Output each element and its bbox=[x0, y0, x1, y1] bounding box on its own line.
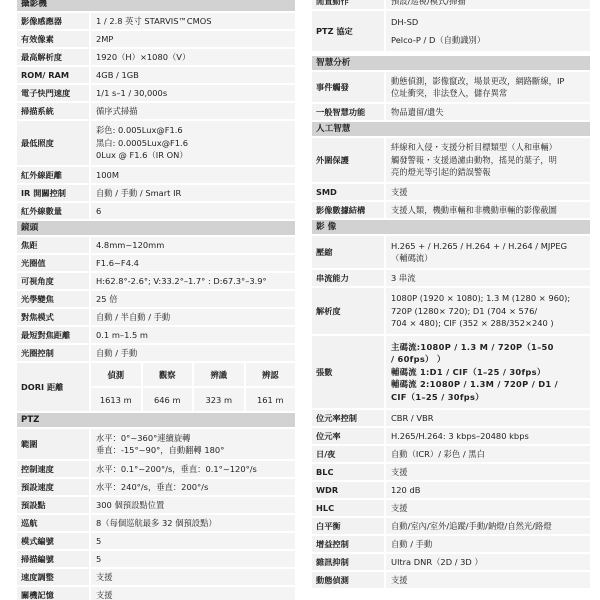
spec-value: 120 dB bbox=[386, 482, 590, 498]
spec-value-line: 自動 / 半自動 / 手動 bbox=[96, 311, 290, 324]
spec-value-line: 輔碼流 1:D1 / CIF（1–25 / 30fps） bbox=[391, 366, 585, 379]
spec-row: 焦距4.8mm~120mm bbox=[17, 237, 295, 253]
spec-key: 可視角度 bbox=[17, 273, 89, 289]
spec-value-line: 自動 / 手動 bbox=[96, 347, 290, 360]
spec-key: 增益控制 bbox=[312, 536, 384, 552]
spec-key: 模式編號 bbox=[17, 533, 89, 549]
spec-value-line: 支援 bbox=[391, 502, 585, 515]
spec-value: 支援 bbox=[91, 569, 295, 585]
spec-value: CBR / VBR bbox=[386, 410, 590, 426]
spec-key: 雜訊抑制 bbox=[312, 554, 384, 570]
spec-row: 事件觸發動態偵測，影像竄改，場景更改，網路斷線，IP位址衝突，非法登入，儲存異常 bbox=[312, 72, 590, 102]
spec-value: DH-SDPelco-P / D（自動識別） bbox=[386, 11, 590, 51]
spec-value-line: 4.8mm~120mm bbox=[96, 239, 290, 252]
spec-key: 事件觸發 bbox=[312, 72, 384, 102]
spec-key: 白平衡 bbox=[312, 518, 384, 534]
spec-value-line: Pelco-P / D（自動識別） bbox=[391, 34, 585, 47]
spec-value: H:62.8°-2.6°; V:33.2°–1.7° : D:67.3°–3.9… bbox=[91, 273, 295, 289]
spec-value-line: （輔碼流） bbox=[391, 252, 585, 265]
dori-row: DORI 距離偵測觀察辨識辨認1613 m646 m323 m161 m bbox=[17, 363, 295, 411]
spec-row: 模式編號5 bbox=[17, 533, 295, 549]
spec-value-line: 0.1 m–1.5 m bbox=[96, 329, 290, 342]
spec-value-line: 支援 bbox=[391, 186, 585, 199]
spec-row: 動態偵測支援 bbox=[312, 572, 590, 588]
spec-value: H.265/H.264: 3 kbps–20480 kbps bbox=[386, 428, 590, 444]
spec-value-line: 彩色: 0.005Lux@F1.6 bbox=[96, 124, 290, 137]
spec-value: 1080P (1920 × 1080); 1.3 M (1280 × 960);… bbox=[386, 288, 590, 334]
spec-value: 6 bbox=[91, 203, 295, 219]
spec-value: 0.1 m–1.5 m bbox=[91, 327, 295, 343]
spec-value: 動態偵測，影像竄改，場景更改，網路斷線，IP位址衝突，非法登入，儲存異常 bbox=[386, 72, 590, 102]
spec-key: HLC bbox=[312, 500, 384, 516]
spec-value-line: H.265/H.264: 3 kbps–20480 kbps bbox=[391, 430, 585, 443]
spec-value: 4.8mm~120mm bbox=[91, 237, 295, 253]
spec-value-line: 8（每個巡航最多 32 個預設點） bbox=[96, 517, 290, 530]
spec-value-line: 觸發警報・支援過濾由動物，搖晃的葉子，明 bbox=[391, 154, 585, 167]
spec-value-line: 動態偵測，影像竄改，場景更改，網路斷線，IP bbox=[391, 75, 585, 88]
spec-value-line: 1920（H）×1080（V） bbox=[96, 51, 290, 64]
spec-row: 白平衡自動/室內/室外/追蹤/手動/鈉燈/自然光/路燈 bbox=[312, 518, 590, 534]
spec-row: WDR120 dB bbox=[312, 482, 590, 498]
spec-key: 有效像素 bbox=[17, 31, 89, 47]
spec-key: 閒置動作 bbox=[312, 0, 384, 9]
spec-row: 關機記憶支援 bbox=[17, 587, 295, 600]
spec-value: 支援 bbox=[91, 587, 295, 600]
spec-value-line: / 60fps） ） bbox=[391, 353, 585, 366]
spec-key: 張數 bbox=[312, 336, 384, 408]
spec-row: 範圍水平：0°~360°連續旋轉垂直：-15°~90°，自動翻轉 180° bbox=[17, 429, 295, 459]
spec-key: 影像數據結構 bbox=[312, 202, 384, 218]
spec-key: 最高解析度 bbox=[17, 49, 89, 65]
spec-row: 增益控制自動 / 手動 bbox=[312, 536, 590, 552]
spec-row: 巡航8（每個巡航最多 32 個預設點） bbox=[17, 515, 295, 531]
spec-value: 300 個預設點位置 bbox=[91, 497, 295, 513]
spec-value: 主碼流:1080P / 1.3 M / 720P（1–50/ 60fps） ）輔… bbox=[386, 336, 590, 408]
spec-key: 解析度 bbox=[312, 288, 384, 334]
section-header: PTZ bbox=[17, 413, 295, 427]
spec-row: 有效像素2MP bbox=[17, 31, 295, 47]
spec-value-line: 100M bbox=[96, 169, 290, 182]
spec-value: 自動 / 半自動 / 手動 bbox=[91, 309, 295, 325]
spec-value: 25 倍 bbox=[91, 291, 295, 307]
spec-value-line: 1/1 s–1 / 30,000s bbox=[96, 87, 290, 100]
spec-value-line: 水平：240°/s，垂直：200°/s bbox=[96, 481, 290, 494]
dori-header: 辨認 bbox=[246, 363, 296, 386]
spec-row: 預設點300 個預設點位置 bbox=[17, 497, 295, 513]
spec-key: 巡航 bbox=[17, 515, 89, 531]
spec-value: 支援 bbox=[386, 572, 590, 588]
spec-key: 外圍保護 bbox=[312, 138, 384, 182]
spec-value-line: 循序式掃描 bbox=[96, 105, 290, 118]
spec-row: HLC支援 bbox=[312, 500, 590, 516]
spec-value-line: 4GB / 1GB bbox=[96, 69, 290, 82]
spec-value-line: 位址衝突，非法登入，儲存異常 bbox=[391, 87, 585, 100]
spec-key: 範圍 bbox=[17, 429, 89, 459]
spec-value-line: 5 bbox=[96, 553, 290, 566]
spec-key: 光學變焦 bbox=[17, 291, 89, 307]
spec-key: 動態偵測 bbox=[312, 572, 384, 588]
spec-value: 物品遺留/遺失 bbox=[386, 104, 590, 120]
spec-value: H.265 + / H.265 / H.264 + / H.264 / MJPE… bbox=[386, 236, 590, 268]
spec-value: 自動/室內/室外/追蹤/手動/鈉燈/自然光/路燈 bbox=[386, 518, 590, 534]
spec-row: 外圍保護絆線和入侵・支援分析目標類型（人和車輛）觸發警報・支援過濾由動物，搖晃的… bbox=[312, 138, 590, 182]
spec-value: 循序式掃描 bbox=[91, 103, 295, 119]
spec-value: 自動（ICR）/ 彩色 / 黑白 bbox=[386, 446, 590, 462]
spec-value: 1/1 s–1 / 30,000s bbox=[91, 85, 295, 101]
spec-row: 最短對焦距離0.1 m–1.5 m bbox=[17, 327, 295, 343]
spec-value: 水平：240°/s，垂直：200°/s bbox=[91, 479, 295, 495]
spec-key: DORI 距離 bbox=[17, 363, 89, 411]
spec-value-line: DH-SD bbox=[391, 16, 585, 29]
spec-value-line: 2MP bbox=[96, 33, 290, 46]
spec-row: 日/夜自動（ICR）/ 彩色 / 黑白 bbox=[312, 446, 590, 462]
spec-row: 光圈控制自動 / 手動 bbox=[17, 345, 295, 361]
spec-row: 掃描編號5 bbox=[17, 551, 295, 567]
spec-value: 1 / 2.8 英寸 STARVIS™CMOS bbox=[91, 13, 295, 29]
spec-value: 自動 / 手動 bbox=[386, 536, 590, 552]
spec-row: 電子快門速度1/1 s–1 / 30,000s bbox=[17, 85, 295, 101]
spec-key: 位元率控制 bbox=[312, 410, 384, 426]
spec-value-line: H.265 + / H.265 / H.264 + / H.264 / MJPE… bbox=[391, 240, 585, 253]
spec-row: 預設速度水平：240°/s，垂直：200°/s bbox=[17, 479, 295, 495]
spec-value: 1920（H）×1080（V） bbox=[91, 49, 295, 65]
spec-row: 位元率控制CBR / VBR bbox=[312, 410, 590, 426]
spec-value-line: 自動 / 手動 / Smart IR bbox=[96, 187, 290, 200]
spec-key: PTZ 協定 bbox=[312, 11, 384, 51]
spec-row: 光圈值F1.6~F4.4 bbox=[17, 255, 295, 271]
spec-value-line: 水平：0.1°~200°/s，垂直：0.1°~120°/s bbox=[96, 463, 290, 476]
dori-value: 161 m bbox=[246, 388, 296, 411]
spec-value-line: CIF（1–25 / 30fps） bbox=[391, 391, 585, 404]
spec-value: Ultra DNR（2D / 3D ） bbox=[386, 554, 590, 570]
spec-key: 影像感應器 bbox=[17, 13, 89, 29]
spec-row: 紅外線數量6 bbox=[17, 203, 295, 219]
spec-key: 壓縮 bbox=[312, 236, 384, 268]
spec-row: 壓縮H.265 + / H.265 / H.264 + / H.264 / MJ… bbox=[312, 236, 590, 268]
spec-value-line: 主碼流:1080P / 1.3 M / 720P（1–50 bbox=[391, 341, 585, 354]
spec-value-line: Ultra DNR（2D / 3D ） bbox=[391, 556, 585, 569]
dori-value: 1613 m bbox=[91, 388, 141, 411]
section-header: 智慧分析 bbox=[312, 56, 590, 70]
spec-row: IR 開關控制自動 / 手動 / Smart IR bbox=[17, 185, 295, 201]
spec-value-line: 720P (1280× 720); D1 (704 × 576/ bbox=[391, 305, 585, 318]
spec-key: 紅外線距離 bbox=[17, 167, 89, 183]
spec-row: 張數主碼流:1080P / 1.3 M / 720P（1–50/ 60fps） … bbox=[312, 336, 590, 408]
spec-value-line: 支援 bbox=[96, 589, 290, 600]
spec-value: 自動 / 手動 / Smart IR bbox=[91, 185, 295, 201]
spec-key: 最低照度 bbox=[17, 121, 89, 165]
spec-key: 一般智慧功能 bbox=[312, 104, 384, 120]
spec-key: SMD bbox=[312, 184, 384, 200]
spec-key: 光圈值 bbox=[17, 255, 89, 271]
spec-row: SMD支援 bbox=[312, 184, 590, 200]
spec-row: 速度調整支援 bbox=[17, 569, 295, 585]
spec-value-line: 704 × 480); CIF (352 × 288/352×240 ) bbox=[391, 317, 585, 330]
spec-value-line: 支援 bbox=[391, 574, 585, 587]
section-header: 攝影機 bbox=[17, 0, 295, 11]
spec-key: 電子快門速度 bbox=[17, 85, 89, 101]
spec-value-line: 垂直：-15°~90°，自動翻轉 180° bbox=[96, 444, 290, 457]
spec-row: 控制速度水平：0.1°~200°/s，垂直：0.1°~120°/s bbox=[17, 461, 295, 477]
spec-row: BLC支援 bbox=[312, 464, 590, 480]
spec-value-line: 自動（ICR）/ 彩色 / 黑白 bbox=[391, 448, 585, 461]
spec-value: 水平：0°~360°連續旋轉垂直：-15°~90°，自動翻轉 180° bbox=[91, 429, 295, 459]
spec-key: BLC bbox=[312, 464, 384, 480]
spec-row: 光學變焦25 倍 bbox=[17, 291, 295, 307]
spec-key: 預設速度 bbox=[17, 479, 89, 495]
spec-key: 控制速度 bbox=[17, 461, 89, 477]
spec-value: 水平：0.1°~200°/s，垂直：0.1°~120°/s bbox=[91, 461, 295, 477]
spec-value: 支援人類，機動車輛和非機動車輛的影像截圖 bbox=[386, 202, 590, 218]
spec-value-line: 支援人類，機動車輛和非機動車輛的影像截圖 bbox=[391, 204, 585, 217]
spec-key: 焦距 bbox=[17, 237, 89, 253]
dori-value: 323 m bbox=[194, 388, 244, 411]
spec-value-line: 自動 / 手動 bbox=[391, 538, 585, 551]
spec-value: 4GB / 1GB bbox=[91, 67, 295, 83]
dori-value: 646 m bbox=[143, 388, 193, 411]
spec-row: 串流能力3 串流 bbox=[312, 270, 590, 286]
spec-value-line: 25 倍 bbox=[96, 293, 290, 306]
spec-key: IR 開關控制 bbox=[17, 185, 89, 201]
spec-row: 位元率H.265/H.264: 3 kbps–20480 kbps bbox=[312, 428, 590, 444]
spec-row: 紅外線距離100M bbox=[17, 167, 295, 183]
spec-value-line: 絆線和入侵・支援分析目標類型（人和車輛） bbox=[391, 141, 585, 154]
spec-value-line: 支援 bbox=[391, 466, 585, 479]
spec-value: 8（每個巡航最多 32 個預設點） bbox=[91, 515, 295, 531]
spec-value-line: 120 dB bbox=[391, 484, 585, 497]
spec-value-line: 物品遺留/遺失 bbox=[391, 106, 585, 119]
spec-row: ROM/ RAM4GB / 1GB bbox=[17, 67, 295, 83]
spec-value-line: 預設/巡視/模式/掃描 bbox=[391, 0, 585, 7]
spec-key: 串流能力 bbox=[312, 270, 384, 286]
spec-key: 掃描編號 bbox=[17, 551, 89, 567]
spec-value-line: 6 bbox=[96, 205, 290, 218]
spec-value-line: 黑白: 0.0005Lux@F1.6 bbox=[96, 137, 290, 150]
spec-key: 日/夜 bbox=[312, 446, 384, 462]
spec-value: 3 串流 bbox=[386, 270, 590, 286]
spec-key: 對焦模式 bbox=[17, 309, 89, 325]
spec-row: 對焦模式自動 / 半自動 / 手動 bbox=[17, 309, 295, 325]
left-spec-column: 攝影機影像感應器1 / 2.8 英寸 STARVIS™CMOS有效像素2MP最高… bbox=[17, 0, 295, 600]
spec-value: 自動 / 手動 bbox=[91, 345, 295, 361]
spec-value: F1.6~F4.4 bbox=[91, 255, 295, 271]
spec-row: 影像感應器1 / 2.8 英寸 STARVIS™CMOS bbox=[17, 13, 295, 29]
section-header: 鏡頭 bbox=[17, 221, 295, 235]
spec-value-line: 1080P (1920 × 1080); 1.3 M (1280 × 960); bbox=[391, 292, 585, 305]
spec-value-line: 亮的燈光等引起的錯誤警報 bbox=[391, 166, 585, 179]
section-header: 影 像 bbox=[312, 220, 590, 234]
right-spec-column: 閒置動作預設/巡視/模式/掃描PTZ 協定DH-SDPelco-P / D（自動… bbox=[312, 0, 590, 590]
spec-value-line: H:62.8°-2.6°; V:33.2°–1.7° : D:67.3°–3.9… bbox=[96, 275, 290, 288]
dori-header: 偵測 bbox=[91, 363, 141, 386]
spec-value-line: F1.6~F4.4 bbox=[96, 257, 290, 270]
spec-key: 速度調整 bbox=[17, 569, 89, 585]
spec-key: 光圈控制 bbox=[17, 345, 89, 361]
spec-row: 掃描系統循序式掃描 bbox=[17, 103, 295, 119]
spec-value: 支援 bbox=[386, 500, 590, 516]
spec-key: 最短對焦距離 bbox=[17, 327, 89, 343]
spec-key: WDR bbox=[312, 482, 384, 498]
dori-table: 偵測觀察辨識辨認1613 m646 m323 m161 m bbox=[91, 363, 295, 411]
spec-key: 關機記憶 bbox=[17, 587, 89, 600]
spec-value-line: 3 串流 bbox=[391, 272, 585, 285]
spec-key: 位元率 bbox=[312, 428, 384, 444]
spec-value-line: 水平：0°~360°連續旋轉 bbox=[96, 432, 290, 445]
spec-value-line: CBR / VBR bbox=[391, 412, 585, 425]
spec-value-line: 輔碼流 2:1080P / 1.3M / 720P / D1 / bbox=[391, 378, 585, 391]
spec-value: 100M bbox=[91, 167, 295, 183]
spec-value: 預設/巡視/模式/掃描 bbox=[386, 0, 590, 9]
spec-value: 5 bbox=[91, 551, 295, 567]
spec-key: 預設點 bbox=[17, 497, 89, 513]
spec-value-line: 支援 bbox=[96, 571, 290, 584]
spec-value: 支援 bbox=[386, 184, 590, 200]
spec-row: 雜訊抑制Ultra DNR（2D / 3D ） bbox=[312, 554, 590, 570]
spec-row: 影像數據結構支援人類，機動車輛和非機動車輛的影像截圖 bbox=[312, 202, 590, 218]
spec-value-line: 300 個預設點位置 bbox=[96, 499, 290, 512]
spec-value: 2MP bbox=[91, 31, 295, 47]
spec-key: 紅外線數量 bbox=[17, 203, 89, 219]
dori-header: 觀察 bbox=[143, 363, 193, 386]
spec-value-line: 自動/室內/室外/追蹤/手動/鈉燈/自然光/路燈 bbox=[391, 520, 585, 533]
spec-row: 最高解析度1920（H）×1080（V） bbox=[17, 49, 295, 65]
spec-row: 解析度1080P (1920 × 1080); 1.3 M (1280 × 96… bbox=[312, 288, 590, 334]
spec-row: PTZ 協定DH-SDPelco-P / D（自動識別） bbox=[312, 11, 590, 51]
spec-row: 可視角度H:62.8°-2.6°; V:33.2°–1.7° : D:67.3°… bbox=[17, 273, 295, 289]
spec-value-line: 0Lux @ F1.6（IR ON） bbox=[96, 149, 290, 162]
spec-row: 閒置動作預設/巡視/模式/掃描 bbox=[312, 0, 590, 9]
section-header: 人工智慧 bbox=[312, 122, 590, 136]
spec-key: ROM/ RAM bbox=[17, 67, 89, 83]
spec-row: 最低照度彩色: 0.005Lux@F1.6黑白: 0.0005Lux@F1.60… bbox=[17, 121, 295, 165]
spec-value-line: 1 / 2.8 英寸 STARVIS™CMOS bbox=[96, 15, 290, 28]
spec-value-line: 5 bbox=[96, 535, 290, 548]
spec-key: 掃描系統 bbox=[17, 103, 89, 119]
spec-value: 絆線和入侵・支援分析目標類型（人和車輛）觸發警報・支援過濾由動物，搖晃的葉子，明… bbox=[386, 138, 590, 182]
spec-value: 5 bbox=[91, 533, 295, 549]
dori-header: 辨識 bbox=[194, 363, 244, 386]
spec-value: 支援 bbox=[386, 464, 590, 480]
spec-row: 一般智慧功能物品遺留/遺失 bbox=[312, 104, 590, 120]
spec-value: 彩色: 0.005Lux@F1.6黑白: 0.0005Lux@F1.60Lux … bbox=[91, 121, 295, 165]
